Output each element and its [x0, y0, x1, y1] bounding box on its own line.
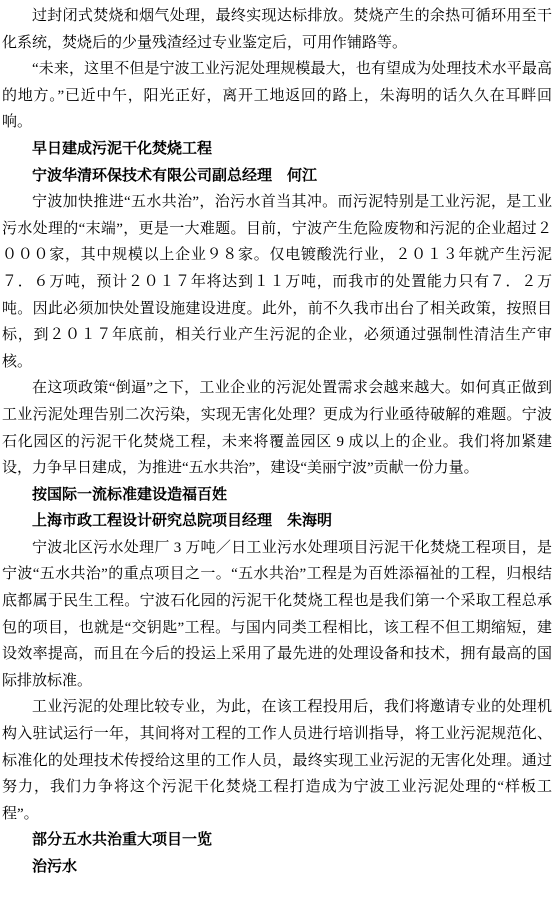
section-heading-major-projects-list: 部分五水共治重大项目一览 — [2, 827, 552, 854]
section-heading-sewage-treatment: 治污水 — [2, 854, 552, 881]
paragraph-future-quote: “未来，这里不但是宁波工业污泥处理规模最大，也有望成为处理技术水平最高的地方。”… — [2, 56, 552, 136]
paragraph-turnkey-project: 宁波北区污水处理厂 3 万吨／日工业污水处理项目污泥干化焚烧工程项目，是宁波“五… — [2, 535, 552, 695]
byline-he-jiang: 宁波华清环保技术有限公司副总经理 何江 — [2, 163, 552, 190]
byline-zhu-haiming: 上海市政工程设计研究总院项目经理 朱海明 — [2, 508, 552, 535]
paragraph-sludge-statistics: 宁波加快推进“五水共治”，治污水首当其冲。而污泥特别是工业污泥，是工业污水处理的… — [2, 189, 552, 375]
document-page: 过封闭式焚烧和烟气处理，最终实现达标排放。焚烧产生的余热可循环用至干化系统，焚烧… — [0, 0, 554, 909]
paragraph-flue-gas-treatment: 过封闭式焚烧和烟气处理，最终实现达标排放。焚烧产生的余热可循环用至干化系统，焚烧… — [2, 3, 552, 56]
paragraph-policy-pressure: 在这项政策“倒逼”之下，工业企业的污泥处置需求会越来越大。如何真正做到工业污泥处… — [2, 375, 552, 481]
section-heading-early-completion: 早日建成污泥干化焚烧工程 — [2, 136, 552, 163]
section-heading-international-standard: 按国际一流标准建设造福百姓 — [2, 482, 552, 509]
paragraph-professional-training: 工业污泥的处理比较专业，为此，在该工程投用后，我们将邀请专业的处理机构入驻试运行… — [2, 694, 552, 827]
